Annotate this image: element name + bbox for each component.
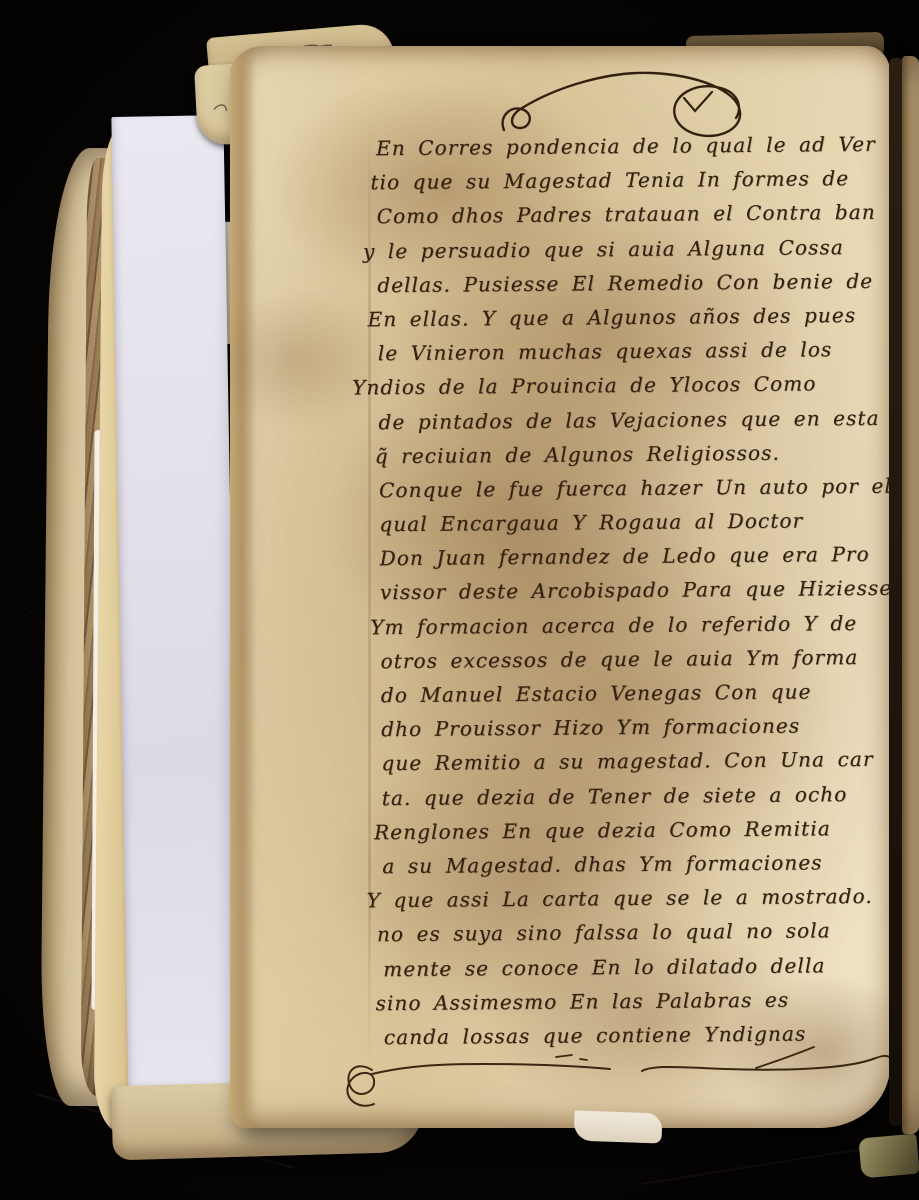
manuscript-line: vissor deste Arcobispado Para que Hizies… bbox=[380, 576, 888, 615]
manuscript-line: que Remitio a su magestad. Con Una car bbox=[381, 747, 889, 786]
manuscript-line: dellas. Pusiesse El Remedio Con benie de bbox=[377, 269, 885, 308]
manuscript-line: Don Juan fernandez de Ledo que era Pro bbox=[380, 542, 888, 581]
binding-clasp bbox=[858, 1134, 919, 1179]
photo-stage: En Corres pondencia de lo qual le ad Ver… bbox=[0, 0, 919, 1200]
manuscript-line: qual Encargaua Y Rogaua al Doctor bbox=[379, 508, 887, 547]
manuscript-line: y le persuadio que si auia Alguna Cossa bbox=[363, 234, 885, 273]
manuscript-line: En Corres pondencia de lo qual le ad Ver bbox=[376, 132, 884, 171]
manuscript-line: do Manuel Estacio Venegas Con que bbox=[381, 679, 889, 718]
manuscript-line: Renglones En que dezia Como Remitia bbox=[374, 816, 890, 855]
manuscript-page: En Corres pondencia de lo qual le ad Ver… bbox=[230, 46, 890, 1128]
manuscript-line: ta. que dezia de Tener de siete a ocho bbox=[382, 781, 890, 820]
page-stack-fore-edge bbox=[902, 56, 919, 1134]
manuscript-line: tio que su Magestad Tenia In formes de bbox=[370, 166, 884, 205]
manuscript-line: no es suya sino falssa lo qual no sola bbox=[377, 918, 890, 957]
manuscript-line: Conque le fue fuerca hazer Un auto por e… bbox=[379, 474, 887, 513]
manuscript-line: Y que assi La carta que se le a mostrado… bbox=[367, 884, 890, 923]
manuscript-line: q̃ reciuian de Algunos Religiossos. bbox=[375, 439, 887, 478]
manuscript-line: le Vinieron muchas quexas assi de los bbox=[378, 337, 886, 376]
manuscript-line: Ym formacion acerca de lo referido Y de bbox=[370, 610, 888, 649]
backdrop-scratch bbox=[641, 1147, 868, 1185]
bottom-flourish-rule bbox=[342, 1046, 890, 1116]
manuscript-line: Yndios de la Prouincia de Ylocos Como bbox=[352, 371, 886, 410]
manuscript-line: de pintados de las Vejaciones que en est… bbox=[378, 405, 886, 444]
manuscript-line: dho Prouissor Hizo Ym formaciones bbox=[381, 713, 889, 752]
manuscript-text-block: En Corres pondencia de lo qual le ad Ver… bbox=[376, 132, 890, 1059]
manuscript-line: mente se conoce En lo dilatado della bbox=[383, 952, 890, 991]
manuscript-line: En ellas. Y que a Algunos años des pues bbox=[367, 303, 885, 342]
manuscript-line: a su Magestad. dhas Ym formaciones bbox=[382, 850, 890, 889]
manuscript-line: sino Assimesmo En las Palabras es bbox=[375, 986, 890, 1025]
manuscript-line: otros excessos de que le auia Ym forma bbox=[380, 645, 888, 684]
torn-edge-chip bbox=[574, 1110, 663, 1143]
insert-sheet bbox=[111, 115, 240, 1109]
manuscript-line: Como dhos Padres tratauan el Contra ban bbox=[377, 200, 885, 239]
